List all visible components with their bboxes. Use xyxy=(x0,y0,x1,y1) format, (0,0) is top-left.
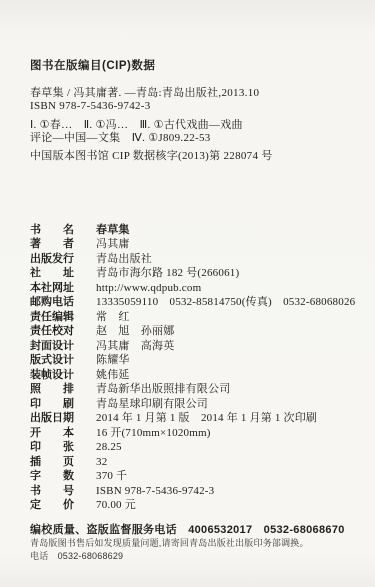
colophon-label: 装帧设计 xyxy=(30,368,83,383)
cip-title: 图书在版编目(CIP)数据 xyxy=(30,57,357,73)
colophon-value: 70.00 元 xyxy=(96,498,136,513)
colophon-row-proofreaders: 责任校对 赵 旭 孙丽娜 xyxy=(30,324,357,339)
colophon-value: 常 红 xyxy=(96,310,130,325)
colophon-value: 370 千 xyxy=(96,469,127,484)
colophon-value: 28.25 xyxy=(96,440,122,455)
colophon-value: 赵 旭 孙丽娜 xyxy=(96,324,174,339)
colophon-row-sheets: 印 张 28.25 xyxy=(30,440,357,455)
cip-classification-line-2: 评论—中国—文集 Ⅳ. ①J809.22-53 xyxy=(30,132,357,145)
colophon-block: 书 名 春草集 著 者 冯其庸 出版发行 青岛出版社 社 址 青岛市海尔路 18… xyxy=(30,223,357,513)
colophon-row-inserts: 插 页 32 xyxy=(30,455,357,470)
colophon-value: 13335059110 0532-85814750(传真) 0532-68068… xyxy=(96,295,355,310)
colophon-row-editor: 责任编辑 常 红 xyxy=(30,310,357,325)
footer-block: 编校质量、盗版监督服务电话 4006532017 0532-68068670 青… xyxy=(30,523,357,563)
colophon-value: 春草集 xyxy=(96,223,130,238)
colophon-label: 开 本 xyxy=(30,426,83,441)
colophon-value: 冯其庸 高海英 xyxy=(96,339,174,354)
colophon-label: 责任编辑 xyxy=(30,310,83,325)
colophon-row-author: 著 者 冯其庸 xyxy=(30,237,357,252)
colophon-row-publisher: 出版发行 青岛出版社 xyxy=(30,252,357,267)
cip-block: 图书在版编目(CIP)数据 春草集 / 冯其庸著. —青岛:青岛出版社,2013… xyxy=(30,57,357,163)
colophon-row-cover-design: 封面设计 冯其庸 高海英 xyxy=(30,339,357,354)
colophon-row-price: 定 价 70.00 元 xyxy=(30,498,357,513)
colophon-value: 青岛出版社 xyxy=(96,252,152,267)
colophon-label: 书 号 xyxy=(30,484,83,499)
copyright-page: 图书在版编目(CIP)数据 春草集 / 冯其庸著. —青岛:青岛出版社,2013… xyxy=(0,0,375,587)
colophon-row-publish-date: 出版日期 2014 年 1 月第 1 版 2014 年 1 月第 1 次印刷 xyxy=(30,411,357,426)
colophon-label: 插 页 xyxy=(30,455,83,470)
colophon-label: 定 价 xyxy=(30,498,83,513)
colophon-row-format: 开 本 16 开(710mm×1020mm) xyxy=(30,426,357,441)
colophon-label: 本社网址 xyxy=(30,281,83,296)
colophon-label: 印 张 xyxy=(30,440,83,455)
colophon-value: 青岛新华出版照排有限公司 xyxy=(96,382,230,397)
colophon-row-binding-design: 装帧设计 姚伟延 xyxy=(30,368,357,383)
colophon-row-layout-design: 版式设计 陈耀华 xyxy=(30,353,357,368)
colophon-label: 照 排 xyxy=(30,382,83,397)
colophon-row-typesetting: 照 排 青岛新华出版照排有限公司 xyxy=(30,382,357,397)
colophon-value: 冯其庸 xyxy=(96,237,130,252)
colophon-row-title: 书 名 春草集 xyxy=(30,223,357,238)
colophon-value: ISBN 978-7-5436-9742-3 xyxy=(96,484,214,499)
colophon-label: 出版日期 xyxy=(30,411,83,426)
cip-registry-line: 中国版本图书馆 CIP 数据核字(2013)第 228074 号 xyxy=(30,150,357,163)
colophon-value: 青岛星球印刷有限公司 xyxy=(96,397,208,412)
colophon-row-mail-order-phone: 邮购电话 13335059110 0532-85814750(传真) 0532-… xyxy=(30,295,357,310)
colophon-label: 出版发行 xyxy=(30,252,83,267)
quality-hotline-line: 编校质量、盗版监督服务电话 4006532017 0532-68068670 xyxy=(30,523,357,537)
spacer xyxy=(30,112,357,119)
aftersales-notice-line: 青岛版图书售后如发现质量问题,请寄回青岛出版社出版印务部调换。 xyxy=(30,537,357,550)
colophon-row-website: 本社网址 http://www.qdpub.com xyxy=(30,281,357,296)
colophon-label: 邮购电话 xyxy=(30,295,83,310)
colophon-value: 16 开(710mm×1020mm) xyxy=(96,426,211,441)
colophon-label: 著 者 xyxy=(30,237,83,252)
cip-isbn-line: ISBN 978-7-5436-9742-3 xyxy=(30,100,357,113)
service-phone-line: 电话 0532-68068629 xyxy=(30,550,357,563)
colophon-row-address: 社 址 青岛市海尔路 182 号(266061) xyxy=(30,266,357,281)
cip-classification-line-1: Ⅰ. ①春… Ⅱ. ①冯… Ⅲ. ①古代戏曲—戏曲 xyxy=(30,119,357,132)
colophon-label: 责任校对 xyxy=(30,324,83,339)
colophon-label: 印 刷 xyxy=(30,397,83,412)
colophon-label: 字 数 xyxy=(30,469,83,484)
colophon-row-isbn: 书 号 ISBN 978-7-5436-9742-3 xyxy=(30,484,357,499)
colophon-value: 青岛市海尔路 182 号(266061) xyxy=(96,266,239,281)
colophon-label: 社 址 xyxy=(30,266,83,281)
colophon-row-word-count: 字 数 370 千 xyxy=(30,469,357,484)
colophon-value: http://www.qdpub.com xyxy=(96,281,201,296)
colophon-value: 姚伟延 xyxy=(96,368,130,383)
colophon-value: 32 xyxy=(96,455,107,470)
colophon-value: 2014 年 1 月第 1 版 2014 年 1 月第 1 次印刷 xyxy=(96,411,317,426)
colophon-label: 版式设计 xyxy=(30,353,83,368)
colophon-value: 陈耀华 xyxy=(96,353,130,368)
colophon-label: 书 名 xyxy=(30,223,83,238)
colophon-label: 封面设计 xyxy=(30,339,83,354)
colophon-row-printing: 印 刷 青岛星球印刷有限公司 xyxy=(30,397,357,412)
cip-record-line: 春草集 / 冯其庸著. —青岛:青岛出版社,2013.10 xyxy=(30,87,357,100)
